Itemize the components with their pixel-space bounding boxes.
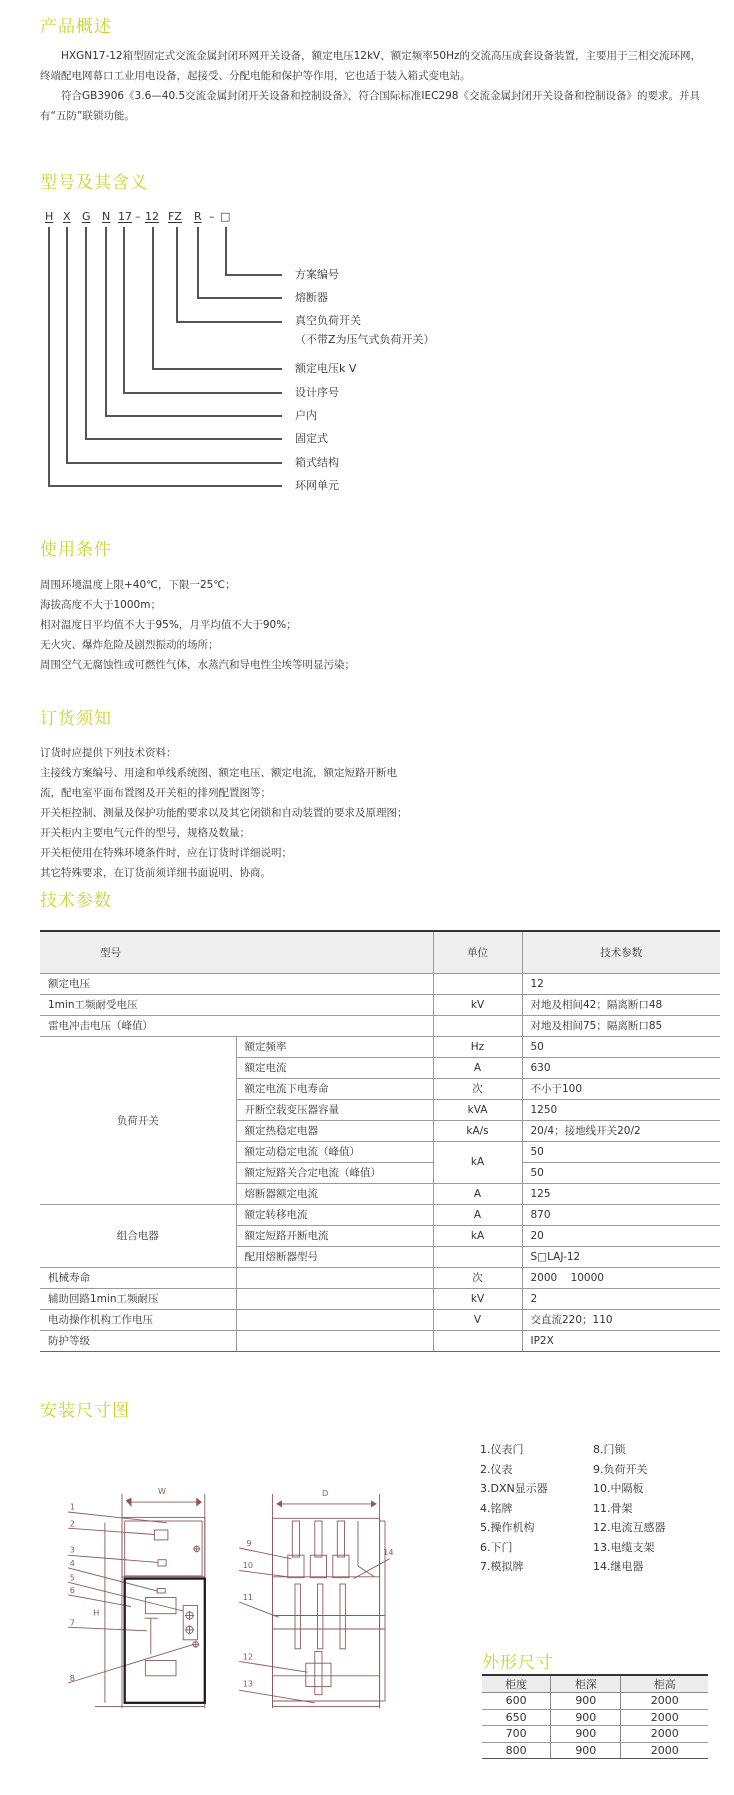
cell-depth: 900 <box>551 1693 621 1710</box>
param-unit: V <box>433 1309 522 1330</box>
legend-item: 9.负荷开关 <box>593 1460 666 1480</box>
meaning-note: （不带Z为压气式负荷开关） <box>295 331 435 347</box>
param-name: 1min工频耐受电压 <box>40 994 433 1015</box>
table-row: 650 900 2000 <box>482 1709 708 1726</box>
param-unit <box>433 1015 522 1036</box>
connector-line <box>123 227 125 393</box>
connector-line <box>85 438 282 440</box>
empty-cell <box>236 1288 433 1309</box>
side-view-drawing: D 9 10 11 12 13 14 <box>232 1470 412 1770</box>
legend-item: 7.模拟牌 <box>480 1557 548 1577</box>
legend-item: 10.中隔板 <box>593 1479 666 1499</box>
code-part-x: X <box>63 210 71 223</box>
empty-cell <box>236 1267 433 1288</box>
param-value: 2000 10000 <box>522 1267 720 1288</box>
empty-cell <box>236 1309 433 1330</box>
param-value: 20 <box>522 1225 720 1246</box>
param-name: 电动操作机构工作电压 <box>40 1309 236 1330</box>
param-value: 50 <box>522 1162 720 1183</box>
connector-line <box>66 462 282 464</box>
param-unit: A <box>433 1204 522 1225</box>
param-value: 对地及相间42；隔离断口48 <box>522 994 720 1015</box>
param-unit: A <box>433 1183 522 1204</box>
connector-line <box>48 485 282 487</box>
code-part-n: N <box>102 210 110 223</box>
condition-item: 周围空气无腐蚀性或可燃性气体，水蒸汽和导电性尘埃等明显污染； <box>40 655 355 675</box>
code-part-g: G <box>82 210 91 223</box>
param-value: 1250 <box>522 1099 720 1120</box>
legend-item: 1.仪表门 <box>480 1440 548 1460</box>
conditions-list: 周围环境温度上限+40℃，下限一25℃； 海拔高度不大于1000m； 相对温度日… <box>40 575 355 675</box>
cell-depth: 900 <box>551 1726 621 1743</box>
condition-item: 无火灾、爆炸危险及剧烈振动的场所； <box>40 635 355 655</box>
table-row: 800 900 2000 <box>482 1742 708 1759</box>
header-unit: 单位 <box>433 931 522 973</box>
param-unit: 次 <box>433 1267 522 1288</box>
param-value: 50 <box>522 1036 720 1057</box>
table-row: 700 900 2000 <box>482 1726 708 1743</box>
callout-10: 10 <box>243 1560 253 1570</box>
ordering-item: 流，配电室平面布置图及开关柜的排列配置图等； <box>40 783 408 803</box>
param-name: 额定频率 <box>236 1036 433 1057</box>
table-row: 机械寿命 次 2000 10000 <box>40 1267 720 1288</box>
param-value: S□LAJ-12 <box>522 1246 720 1267</box>
legend-item: 6.下门 <box>480 1538 548 1558</box>
callout-3: 3 <box>70 1545 75 1555</box>
meaning-design-serial: 设计序号 <box>295 384 339 400</box>
header-height: 柜高 <box>621 1675 708 1693</box>
meaning-box-structure: 箱式结构 <box>295 454 339 470</box>
front-view-drawing: W H 1 2 3 4 5 6 7 8 <box>50 1470 230 1770</box>
ordering-item: 开关柜控制、测量及保护功能酌要求以及其它闭锁和自动装置的要求及原理图； <box>40 803 408 823</box>
code-part-scheme: □ <box>220 210 230 223</box>
cell-width: 700 <box>482 1726 551 1743</box>
connector-line <box>176 321 282 323</box>
param-unit <box>433 1330 522 1351</box>
param-unit <box>433 1246 522 1267</box>
table-row: 防护等级 IP2X <box>40 1330 720 1351</box>
section-title-ordering: 订货须知 <box>40 704 112 729</box>
overview-text: HXGN17-12箱型固定式交流金属封闭环网开关设备，额定电压12kV、额定频率… <box>40 46 708 126</box>
param-unit: A <box>433 1057 522 1078</box>
param-name: 额定短路关合定电流（峰值） <box>236 1162 433 1183</box>
callout-7: 7 <box>70 1617 75 1627</box>
param-value: IP2X <box>522 1330 720 1351</box>
param-name: 防护等级 <box>40 1330 236 1351</box>
table-row: 1min工频耐受电压 kV 对地及相间42；隔离断口48 <box>40 994 720 1015</box>
connector-line <box>48 227 50 486</box>
condition-item: 海拔高度不大于1000m； <box>40 595 355 615</box>
param-unit: kVA <box>433 1099 522 1120</box>
overview-paragraph: 符合GB3906《3.6—40.5交流金属封闭开关设备和控制设备》，符合国际标准… <box>40 86 708 126</box>
code-part-12: 12 <box>145 210 159 223</box>
table-row: 雷电冲击电压（峰值） 对地及相间75；隔离断口85 <box>40 1015 720 1036</box>
table-row: 600 900 2000 <box>482 1693 708 1710</box>
meaning-fuse: 熔断器 <box>295 289 328 305</box>
param-name: 辅助回路1min工频耐压 <box>40 1288 236 1309</box>
legend-column-right: 8.门锁 9.负荷开关 10.中隔板 11.骨架 12.电流互感器 13.电缆支… <box>593 1440 666 1577</box>
dimensions-table: 柜度 柜深 柜高 600 900 2000 650 900 2000 700 9… <box>482 1674 708 1759</box>
param-name: 雷电冲击电压（峰值） <box>40 1015 433 1036</box>
param-value: 630 <box>522 1057 720 1078</box>
condition-item: 相对温度日平均值不大于95%，月平均值不大于90%； <box>40 615 355 635</box>
connector-line <box>123 392 282 394</box>
overview-paragraph: HXGN17-12箱型固定式交流金属封闭环网开关设备，额定电压12kV、额定频率… <box>40 46 708 86</box>
callout-4: 4 <box>70 1558 75 1568</box>
ordering-item: 订货时应提供下列技术资料： <box>40 743 408 763</box>
code-part-r: R <box>194 210 202 223</box>
cell-height: 2000 <box>621 1726 708 1743</box>
cell-height: 2000 <box>621 1742 708 1759</box>
param-unit: kA <box>433 1141 522 1183</box>
group-load-switch: 负荷开关 <box>40 1036 236 1204</box>
code-part-fz: FZ <box>168 210 182 223</box>
connector-line <box>197 227 199 297</box>
ordering-item: 其它特殊要求，在订货前须详细书面说明、协商。 <box>40 863 408 883</box>
legend-item: 4.铭牌 <box>480 1499 548 1519</box>
ordering-list: 订货时应提供下列技术资料： 主接线方案编号、用途和单线系统图、额定电压、额定电流… <box>40 743 408 883</box>
meaning-ring-main-unit: 环网单元 <box>295 477 339 493</box>
cell-width: 600 <box>482 1693 551 1710</box>
connector-line <box>152 368 282 370</box>
table-row: 组合电器 额定转移电流 A 870 <box>40 1204 720 1225</box>
callout-9: 9 <box>246 1538 251 1548</box>
param-name: 额定电流下电寿命 <box>236 1078 433 1099</box>
table-row: 负荷开关 额定频率 Hz 50 <box>40 1036 720 1057</box>
connector-line <box>225 274 282 276</box>
meaning-vacuum-load-switch: 真空负荷开关 <box>295 312 361 328</box>
section-title-overview: 产品概述 <box>40 12 112 37</box>
cell-depth: 900 <box>551 1709 621 1726</box>
callout-11: 11 <box>243 1592 253 1602</box>
param-value: 870 <box>522 1204 720 1225</box>
connector-line <box>105 227 107 416</box>
code-part-17: 17 <box>118 210 132 223</box>
cell-height: 2000 <box>621 1709 708 1726</box>
table-row: 电动操作机构工作电压 V 交直流220；110 <box>40 1309 720 1330</box>
dim-w-label: W <box>158 1486 166 1496</box>
param-value: 2 <box>522 1288 720 1309</box>
callout-8: 8 <box>70 1673 75 1683</box>
param-name: 额定动稳定电流（峰值） <box>236 1141 433 1162</box>
param-value: 125 <box>522 1183 720 1204</box>
callout-13: 13 <box>243 1679 253 1689</box>
legend-item: 2.仪表 <box>480 1460 548 1480</box>
section-title-model: 型号及其含义 <box>40 168 148 193</box>
meaning-rated-voltage: 额定电压k V <box>295 360 356 376</box>
connector-line <box>197 297 282 299</box>
group-combo-apparatus: 组合电器 <box>40 1204 236 1267</box>
cell-width: 800 <box>482 1742 551 1759</box>
table-row: 额定电压 12 <box>40 973 720 994</box>
condition-item: 周围环境温度上限+40℃，下限一25℃； <box>40 575 355 595</box>
legend-item: 5.操作机构 <box>480 1518 548 1538</box>
param-unit: Hz <box>433 1036 522 1057</box>
connector-line <box>105 415 282 417</box>
dim-d-label: D <box>322 1488 328 1498</box>
callout-5: 5 <box>70 1572 75 1582</box>
legend-item: 13.电缆支架 <box>593 1538 666 1558</box>
meaning-indoor: 户内 <box>295 407 317 423</box>
param-unit: kV <box>433 994 522 1015</box>
header-model: 型号 <box>40 931 433 973</box>
param-value: 对地及相间75；隔离断口85 <box>522 1015 720 1036</box>
callout-2: 2 <box>70 1518 75 1528</box>
connector-line <box>225 227 227 275</box>
legend-item: 14.继电器 <box>593 1557 666 1577</box>
param-value: 不小于100 <box>522 1078 720 1099</box>
section-title-conditions: 使用条件 <box>40 535 112 560</box>
param-name: 额定热稳定电器 <box>236 1120 433 1141</box>
table-header-row: 型号 单位 技术参数 <box>40 931 720 973</box>
header-width: 柜度 <box>482 1675 551 1693</box>
callout-14: 14 <box>383 1547 393 1557</box>
section-title-install: 安装尺寸图 <box>40 1396 130 1421</box>
empty-cell <box>236 1330 433 1351</box>
cell-height: 2000 <box>621 1693 708 1710</box>
callout-6: 6 <box>70 1585 75 1595</box>
legend-item: 11.骨架 <box>593 1499 666 1519</box>
param-name: 机械寿命 <box>40 1267 236 1288</box>
param-name: 额定转移电流 <box>236 1204 433 1225</box>
param-unit: kV <box>433 1288 522 1309</box>
code-dash: – <box>135 210 141 223</box>
param-value: 50 <box>522 1141 720 1162</box>
section-title-dimensions: 外形尺寸 <box>482 1648 554 1673</box>
param-name: 开断空载变压器容量 <box>236 1099 433 1120</box>
cell-depth: 900 <box>551 1742 621 1759</box>
ordering-item: 开关柜使用在特殊环境条件时，应在订货时详细说明； <box>40 843 408 863</box>
param-value: 12 <box>522 973 720 994</box>
legend-item: 8.门锁 <box>593 1440 666 1460</box>
code-part-h: H <box>45 210 53 223</box>
connector-line <box>152 227 154 369</box>
code-dash: – <box>209 210 215 223</box>
connector-line <box>176 227 178 322</box>
header-value: 技术参数 <box>522 931 720 973</box>
header-depth: 柜深 <box>551 1675 621 1693</box>
param-name: 配用熔断器型号 <box>236 1246 433 1267</box>
param-value: 交直流220；110 <box>522 1309 720 1330</box>
connector-line <box>66 227 68 463</box>
ordering-item: 主接线方案编号、用途和单线系统图、额定电压、额定电流，额定短路开断电 <box>40 763 408 783</box>
tech-spec-table: 型号 单位 技术参数 额定电压 12 1min工频耐受电压 kV 对地及相间42… <box>40 930 720 1352</box>
param-unit <box>433 973 522 994</box>
legend-item: 12.电流互感器 <box>593 1518 666 1538</box>
param-name: 熔断器额定电流 <box>236 1183 433 1204</box>
table-row: 辅助回路1min工频耐压 kV 2 <box>40 1288 720 1309</box>
ordering-item: 开关柜内主要电气元件的型号，规格及数量； <box>40 823 408 843</box>
param-unit: kA <box>433 1225 522 1246</box>
connector-line <box>85 227 87 439</box>
param-name: 额定电流 <box>236 1057 433 1078</box>
cell-width: 650 <box>482 1709 551 1726</box>
callout-12: 12 <box>243 1652 253 1662</box>
meaning-fixed: 固定式 <box>295 430 328 446</box>
legend-column-left: 1.仪表门 2.仪表 3.DXN显示器 4.铭牌 5.操作机构 6.下门 7.模… <box>480 1440 548 1577</box>
section-title-tech: 技术参数 <box>40 886 112 911</box>
param-unit: kA/s <box>433 1120 522 1141</box>
meaning-scheme-number: 方案编号 <box>295 266 339 282</box>
param-name: 额定电压 <box>40 973 433 994</box>
table-header-row: 柜度 柜深 柜高 <box>482 1675 708 1693</box>
param-unit: 次 <box>433 1078 522 1099</box>
callout-1: 1 <box>70 1501 75 1511</box>
param-name: 额定短路开断电流 <box>236 1225 433 1246</box>
param-value: 20/4；接地线开关20/2 <box>522 1120 720 1141</box>
dim-h-label: H <box>93 1608 99 1618</box>
legend-item: 3.DXN显示器 <box>480 1479 548 1499</box>
